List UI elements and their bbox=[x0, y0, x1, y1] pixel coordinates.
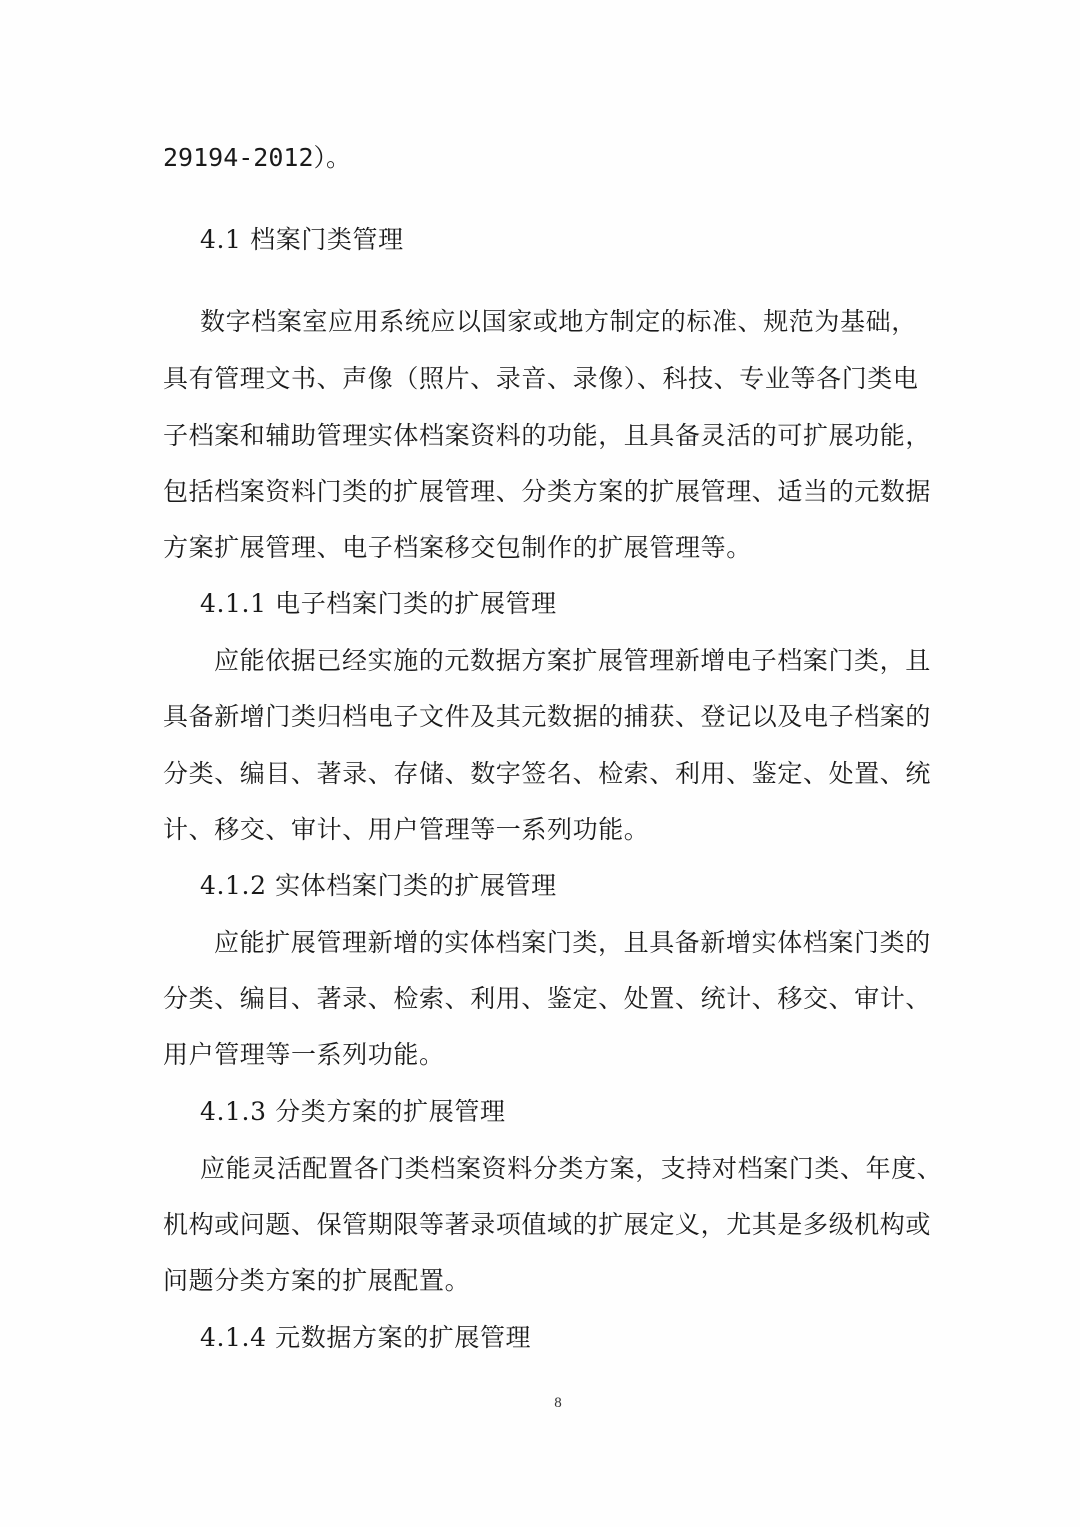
section-heading-4-1-3: 4.1.3 分类方案的扩展管理 bbox=[200, 1096, 960, 1128]
paragraph-line: 计、移交、审计、用户管理等一系列功能。 bbox=[163, 814, 923, 846]
paragraph-line: 数字档案室应用系统应以国家或地方制定的标准、规范为基础， bbox=[200, 306, 960, 338]
paragraph-line: 方案扩展管理、电子档案移交包制作的扩展管理等。 bbox=[163, 532, 923, 564]
paragraph-line: 机构或问题、保管期限等著录项值域的扩展定义，尤其是多级机构或 bbox=[163, 1209, 923, 1241]
paragraph-line: 包括档案资料门类的扩展管理、分类方案的扩展管理、适当的元数据 bbox=[163, 476, 923, 508]
paragraph-line: 用户管理等一系列功能。 bbox=[163, 1039, 923, 1071]
document-page: 29194-2012）。 4.1 档案门类管理 数字档案室应用系统应以国家或地方… bbox=[0, 0, 1080, 1527]
paragraph-line: 分类、编目、著录、存储、数字签名、检索、利用、鉴定、处置、统 bbox=[163, 758, 923, 790]
section-heading-4-1-2: 4.1.2 实体档案门类的扩展管理 bbox=[200, 870, 960, 902]
paragraph-line: 应能依据已经实施的元数据方案扩展管理新增电子档案门类，且 bbox=[214, 645, 974, 677]
section-heading-4-1-4: 4.1.4 元数据方案的扩展管理 bbox=[200, 1322, 960, 1354]
paragraph-line: 具备新增门类归档电子文件及其元数据的捕获、登记以及电子档案的 bbox=[163, 701, 923, 733]
section-heading-4-1-1: 4.1.1 电子档案门类的扩展管理 bbox=[200, 588, 960, 620]
paragraph-line: 应能灵活配置各门类档案资料分类方案，支持对档案门类、年度、 bbox=[200, 1153, 960, 1185]
paragraph-line: 子档案和辅助管理实体档案资料的功能，且具备灵活的可扩展功能， bbox=[163, 420, 923, 452]
paragraph-line: 分类、编目、著录、检索、利用、鉴定、处置、统计、移交、审计、 bbox=[163, 983, 923, 1015]
paragraph-line: 具有管理文书、声像（照片、录音、录像）、科技、专业等各门类电 bbox=[163, 363, 923, 395]
section-heading-4-1: 4.1 档案门类管理 bbox=[200, 224, 960, 256]
page-number: 8 bbox=[0, 1395, 1080, 1412]
paragraph-line: 应能扩展管理新增的实体档案门类，且具备新增实体档案门类的 bbox=[214, 927, 974, 959]
continuation-line: 29194-2012）。 bbox=[163, 142, 923, 174]
paragraph-line: 问题分类方案的扩展配置。 bbox=[163, 1265, 923, 1297]
